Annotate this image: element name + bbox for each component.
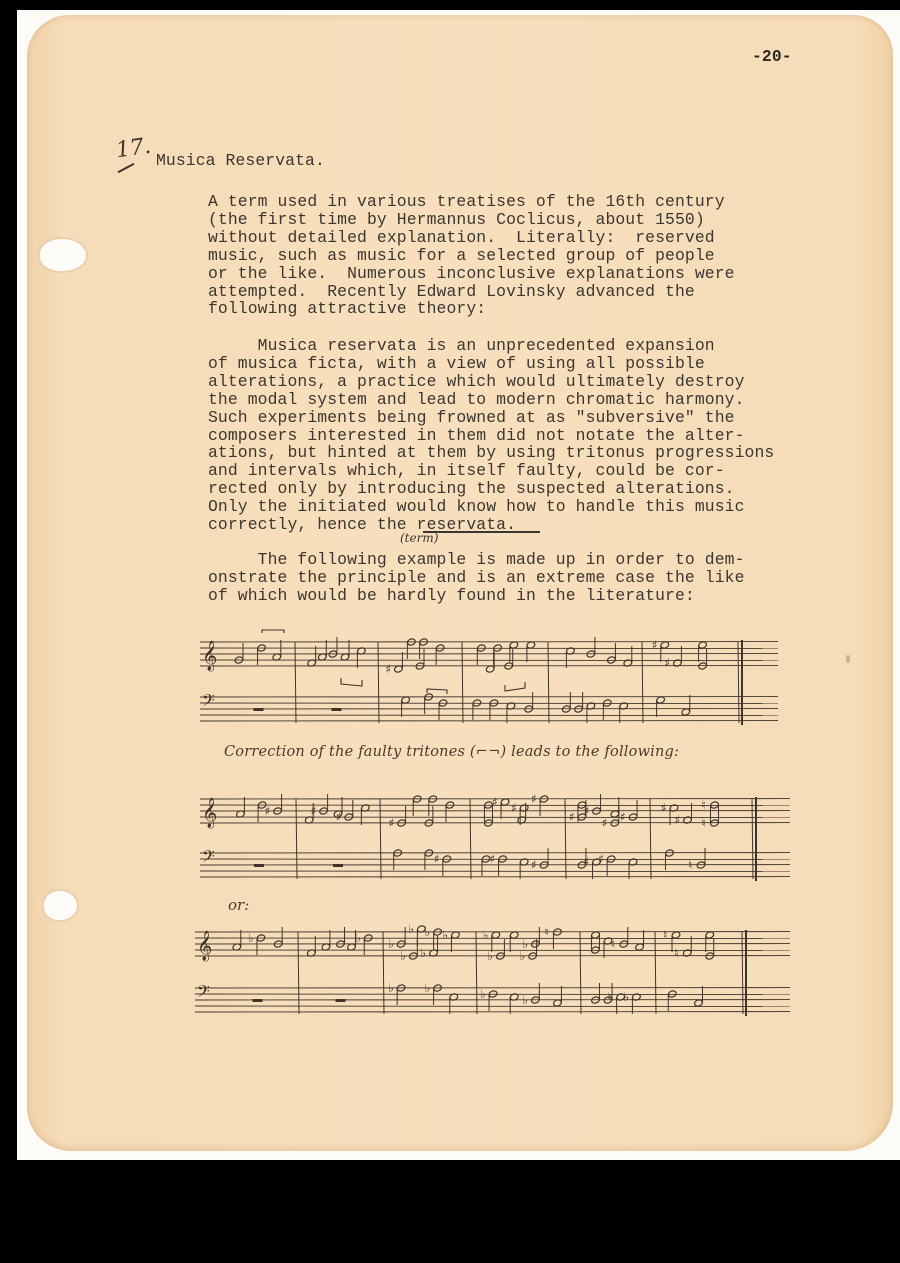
bar-line — [738, 642, 739, 723]
tritone-bracket — [341, 678, 362, 686]
treble-clef-icon: 𝄞 — [197, 930, 212, 962]
flat-icon: ♭ — [388, 937, 394, 951]
rest-icon — [333, 864, 343, 867]
flat-icon: ♭ — [388, 981, 394, 995]
sharp-icon: ♯ — [490, 852, 496, 866]
staff-line — [200, 648, 778, 649]
flat-icon: ♭ — [400, 949, 406, 963]
flat-icon: ♭ — [408, 922, 414, 936]
staff-line — [200, 703, 778, 704]
sharp-icon: ♯ — [385, 662, 391, 676]
sharp-icon: ♯ — [569, 810, 575, 824]
sharp-icon: ♯ — [311, 804, 317, 818]
sharp-icon: ♯ — [664, 656, 670, 670]
natural-icon: ♮ — [702, 816, 706, 830]
natural-icon: ♮ — [702, 798, 706, 812]
bar-line — [580, 932, 581, 1014]
bass-clef-icon: 𝄢 — [197, 981, 210, 1005]
music-example-corrected-2: 𝄞𝄢♭♭♭♭♭♭♭♭♭♭♮♭♭♮♮♮♭♭♭♭♮♭ — [195, 922, 790, 1016]
sharp-icon: ♯ — [531, 792, 537, 806]
rest-icon — [253, 999, 263, 1002]
note-head — [710, 801, 720, 809]
flat-icon: ♭ — [480, 987, 486, 1001]
rest-icon — [332, 708, 342, 711]
rest-icon — [254, 708, 264, 711]
bar-line — [642, 642, 643, 723]
natural-icon: ♮ — [674, 946, 678, 960]
bar-line — [476, 932, 477, 1014]
music-example-original: 𝄞𝄢♯♯♯ — [200, 630, 778, 725]
staff-line — [195, 1006, 790, 1007]
sharp-icon: ♯ — [434, 852, 440, 866]
tritone-bracket — [505, 682, 525, 691]
sharp-icon: ♯ — [620, 810, 626, 824]
natural-icon: ♮ — [611, 937, 615, 951]
sharp-icon: ♯ — [584, 855, 590, 869]
sharp-icon: ♯ — [675, 813, 681, 827]
music-example-corrected-1: 𝄞𝄢♯♯♯♯♯♯♯♯♯♯♯♯♮♯♮♯♯♯♯♯♮ — [200, 792, 790, 881]
flat-icon: ♭ — [425, 925, 431, 939]
natural-icon: ♮ — [688, 858, 692, 872]
sharp-icon: ♯ — [389, 816, 395, 830]
rest-icon — [336, 999, 346, 1002]
flat-icon: ♭ — [483, 928, 489, 942]
bar-line — [655, 932, 656, 1014]
note-head — [667, 990, 677, 998]
tritone-bracket — [262, 630, 284, 633]
flat-icon: ♭ — [248, 931, 254, 945]
sharp-icon: ♯ — [584, 804, 590, 818]
natural-icon: ♮ — [608, 990, 612, 1004]
bass-clef-icon: 𝄢 — [202, 846, 215, 870]
sharp-icon: ♯ — [598, 852, 604, 866]
bass-clef-icon: 𝄢 — [202, 690, 215, 714]
flat-icon: ♭ — [355, 931, 361, 945]
sharp-icon: ♯ — [531, 858, 537, 872]
sharp-icon: ♯ — [336, 810, 342, 824]
flat-icon: ♭ — [421, 946, 427, 960]
treble-clef-icon: 𝄞 — [202, 797, 217, 829]
flat-icon: ♭ — [520, 949, 526, 963]
treble-clef-icon: 𝄞 — [202, 640, 217, 672]
staff-line — [200, 660, 778, 661]
bar-line — [742, 932, 743, 1014]
sharp-icon: ♯ — [652, 638, 658, 652]
natural-icon: ♮ — [544, 925, 548, 939]
sharp-icon: ♯ — [661, 801, 667, 815]
staff-line — [200, 871, 790, 872]
music-examples: 𝄞𝄢♯♯♯ 𝄞𝄢♯♯♯♯♯♯♯♯♯♯♯♯♮♯♮♯♯♯♯♯♮ 𝄞𝄢♭♭♭♭♭♭♭♭… — [0, 0, 900, 1263]
staff-line — [195, 994, 790, 995]
flat-icon: ♭ — [442, 928, 448, 942]
natural-icon: ♮ — [663, 928, 667, 942]
sharp-icon: ♯ — [511, 801, 517, 815]
flat-icon: ♭ — [623, 990, 629, 1004]
flat-icon: ♭ — [522, 993, 528, 1007]
staff-line — [200, 715, 778, 716]
flat-icon: ♭ — [487, 949, 493, 963]
sharp-icon: ♯ — [265, 804, 271, 818]
rest-icon — [254, 864, 264, 867]
sharp-icon: ♯ — [602, 816, 608, 830]
flat-icon: ♭ — [425, 981, 431, 995]
